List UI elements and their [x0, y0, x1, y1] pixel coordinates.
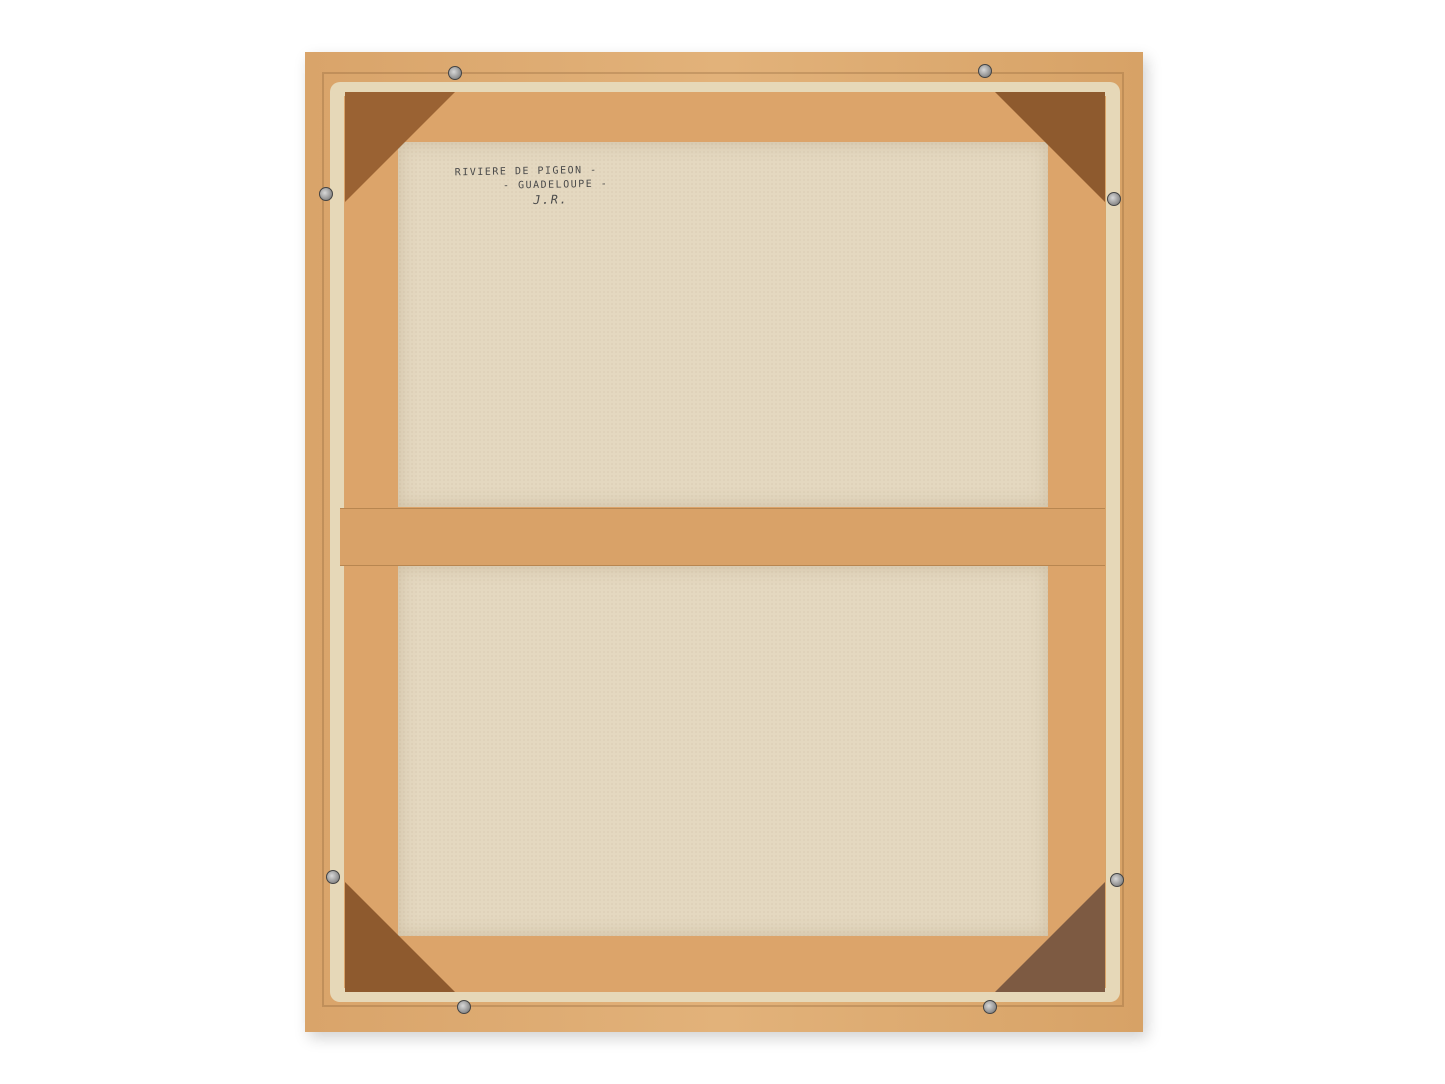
screw-icon	[319, 187, 333, 201]
screw-icon	[1107, 192, 1121, 206]
screw-icon	[983, 1000, 997, 1014]
screw-icon	[1110, 873, 1124, 887]
corner-key-top-left	[345, 92, 455, 202]
screw-icon	[978, 64, 992, 78]
corner-key-top-right	[995, 92, 1105, 202]
artist-signature: J.R.	[533, 192, 609, 207]
handwritten-inscription: RIVIERE DE PIGEON - - GUADELOUPE - J.R.	[455, 164, 609, 209]
screw-icon	[457, 1000, 471, 1014]
screw-icon	[448, 66, 462, 80]
stretcher-crossbar	[340, 508, 1105, 566]
corner-key-bottom-right	[995, 882, 1105, 992]
screw-icon	[326, 870, 340, 884]
canvas-back-lower	[398, 566, 1048, 936]
inscription-location: - GUADELOUPE -	[503, 178, 609, 194]
corner-key-bottom-left	[345, 882, 455, 992]
